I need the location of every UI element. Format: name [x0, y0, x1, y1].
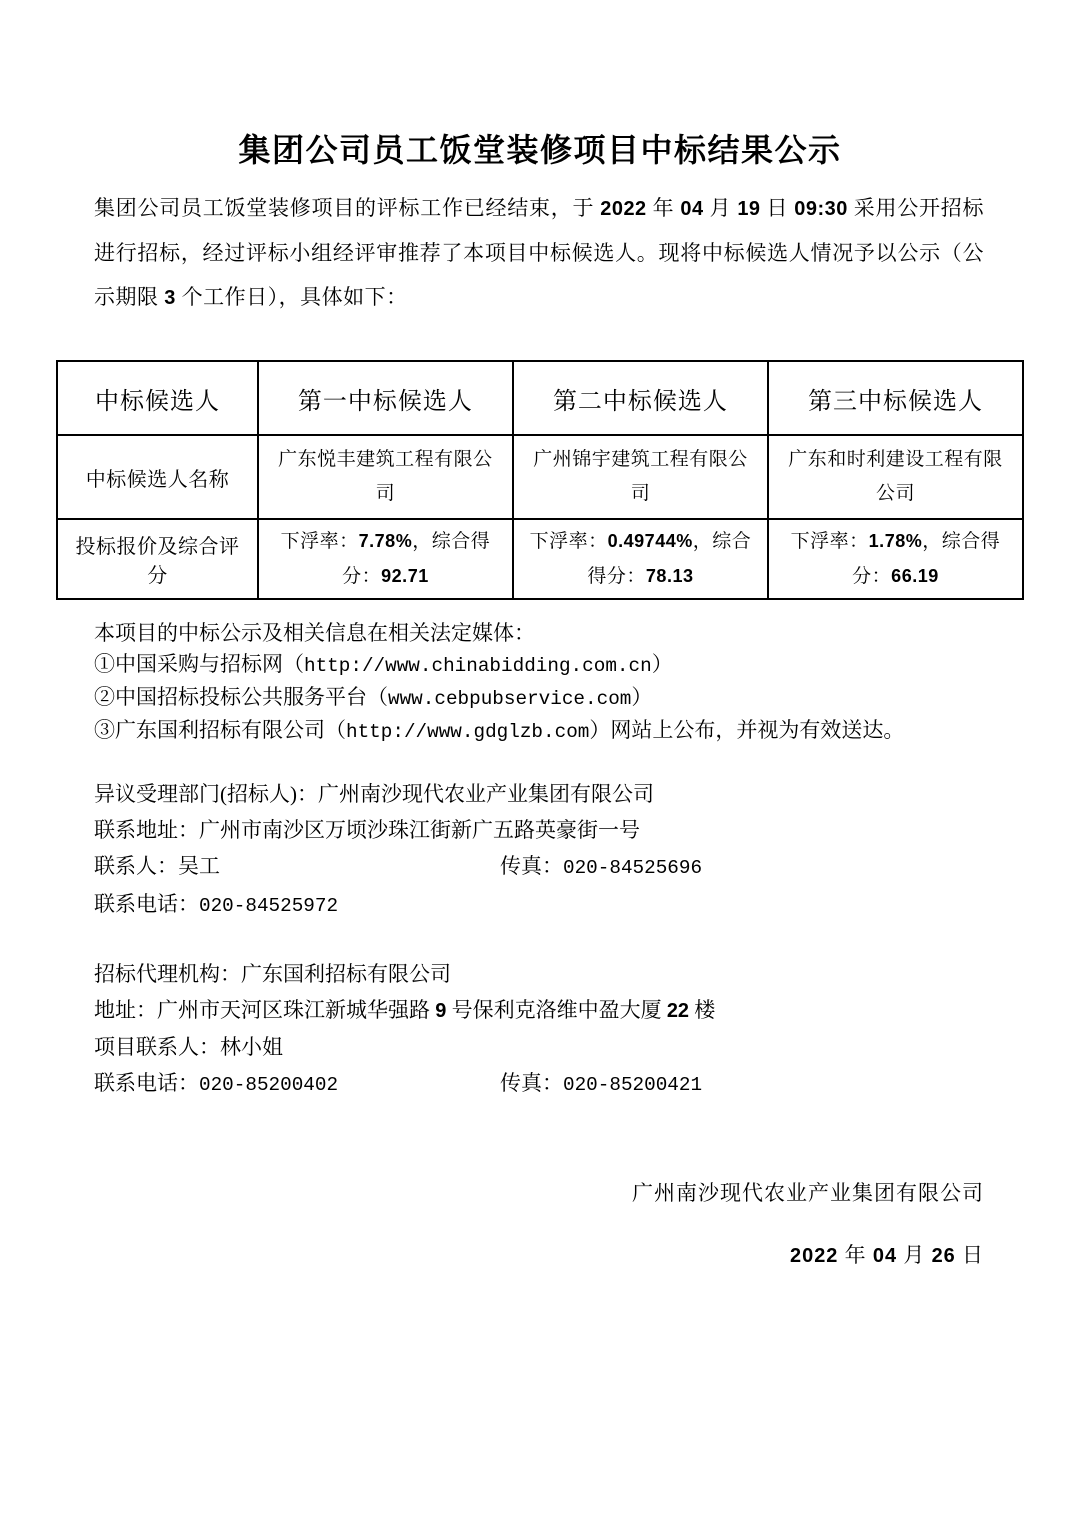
table-row-bid-scores: 投标报价及综合评分 下浮率：7.78%，综合得分：92.71 下浮率：0.497…: [57, 519, 1023, 599]
media-item-url: http://www.gdglzb.com: [346, 721, 589, 743]
table-cell: 下浮率：0.49744%，综合得分：78.13: [513, 519, 768, 599]
objection-contact-fax-line: 联系人：吴工传真：020-84525696: [94, 848, 984, 886]
media-item-url: http://www.chinabidding.com.cn: [304, 655, 652, 677]
agency-name-line: 招标代理机构：广东国利招标有限公司: [94, 956, 984, 992]
agency-contact-section: 招标代理机构：广东国利招标有限公司 地址：广州市天河区珠江新城华强路 9 号保利…: [94, 956, 984, 1103]
table-header-row: 中标候选人 第一中标候选人 第二中标候选人 第三中标候选人: [57, 361, 1023, 435]
objection-department-line: 异议受理部门(招标人)：广州南沙现代农业产业集团有限公司: [94, 776, 984, 812]
media-item-text: ）: [652, 652, 673, 676]
media-item-text: ）网站上公布，并视为有效送达。: [589, 718, 904, 742]
table-header-cell: 第三中标候选人: [768, 361, 1023, 435]
table-header-cell: 第二中标候选人: [513, 361, 768, 435]
media-item: ③广东国利招标有限公司（http://www.gdglzb.com）网站上公布，…: [94, 715, 984, 748]
table-cell: 广东悦丰建筑工程有限公司: [258, 435, 513, 519]
table-header-cell: 中标候选人: [57, 361, 258, 435]
table-cell: 广东和时利建设工程有限公司: [768, 435, 1023, 519]
media-item: ①中国采购与招标网（http://www.chinabidding.com.cn…: [94, 649, 984, 682]
table-cell: 广州锦宇建筑工程有限公司: [513, 435, 768, 519]
table-cell: 下浮率：7.78%，综合得分：92.71: [258, 519, 513, 599]
objection-address-line: 联系地址：广州市南沙区万顷沙珠江街新广五路英豪街一号: [94, 812, 984, 848]
table-row-candidate-names: 中标候选人名称 广东悦丰建筑工程有限公司 广州锦宇建筑工程有限公司 广东和时利建…: [57, 435, 1023, 519]
objection-contact-person: 联系人：吴工: [94, 848, 500, 884]
page-title: 集团公司员工饭堂装修项目中标结果公示: [56, 128, 1024, 172]
media-section: 本项目的中标公示及相关信息在相关法定媒体： ①中国采购与招标网（http://w…: [94, 618, 984, 748]
media-item-text: ①中国采购与招标网（: [94, 652, 304, 676]
signature-date: 2022 年 04 月 26 日: [56, 1240, 1024, 1271]
agency-address-line: 地址：广州市天河区珠江新城华强路 9 号保利克洛维中盈大厦 22 楼: [94, 992, 984, 1029]
agency-phone-fax-line: 联系电话：020-85200402传真：020-85200421: [94, 1065, 984, 1103]
table-header-cell: 第一中标候选人: [258, 361, 513, 435]
media-item-text: ）: [631, 685, 652, 709]
objection-contact-section: 异议受理部门(招标人)：广州南沙现代农业产业集团有限公司 联系地址：广州市南沙区…: [94, 776, 984, 924]
table-row-label: 投标报价及综合评分: [57, 519, 258, 599]
agency-phone: 联系电话：020-85200402: [94, 1065, 500, 1103]
agency-fax: 传真：020-85200421: [500, 1071, 702, 1095]
agency-contact-person-line: 项目联系人：林小姐: [94, 1029, 984, 1065]
signature-company: 广州南沙现代农业产业集团有限公司: [56, 1178, 1024, 1208]
media-item-text: ②中国招标投标公共服务平台（: [94, 685, 388, 709]
intro-paragraph: 集团公司员工饭堂装修项目的评标工作已经结束，于 2022 年 04 月 19 日…: [94, 186, 984, 320]
media-heading: 本项目的中标公示及相关信息在相关法定媒体：: [94, 618, 984, 649]
objection-fax: 传真：020-84525696: [500, 854, 702, 878]
media-item: ②中国招标投标公共服务平台（www.cebpubservice.com）: [94, 682, 984, 715]
objection-phone-line: 联系电话：020-84525972: [94, 886, 984, 924]
table-cell: 下浮率：1.78%，综合得分：66.19: [768, 519, 1023, 599]
media-item-url: www.cebpubservice.com: [388, 688, 631, 710]
bid-result-table: 中标候选人 第一中标候选人 第二中标候选人 第三中标候选人 中标候选人名称 广东…: [56, 360, 1024, 600]
table-row-label: 中标候选人名称: [57, 435, 258, 519]
media-item-text: ③广东国利招标有限公司（: [94, 718, 346, 742]
document-page: 集团公司员工饭堂装修项目中标结果公示 集团公司员工饭堂装修项目的评标工作已经结束…: [0, 0, 1080, 1527]
